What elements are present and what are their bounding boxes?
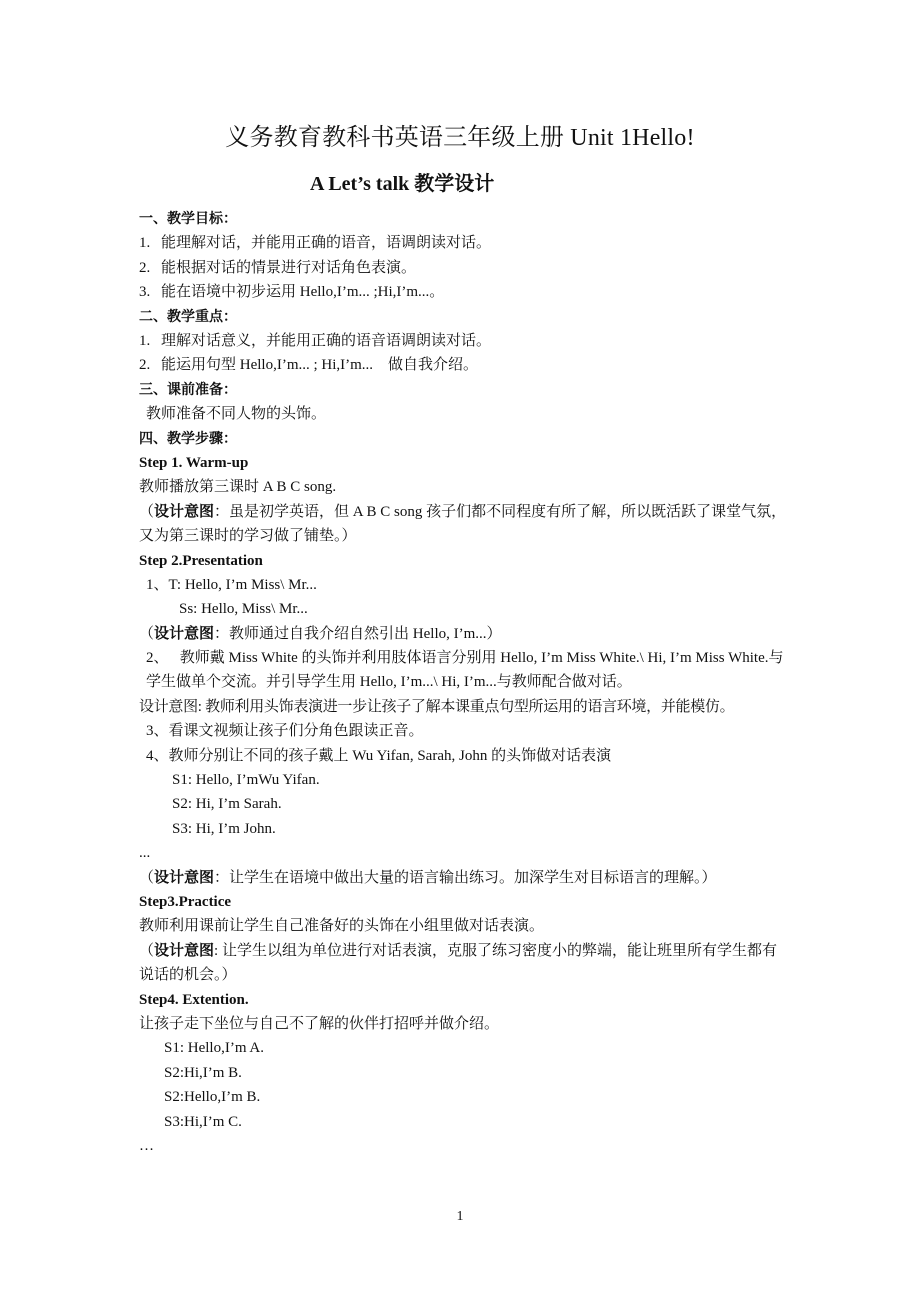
document-title: 义务教育教科书英语三年级上册 Unit 1Hello!	[0, 122, 920, 154]
step3-title: Step3.Practice	[139, 890, 789, 914]
step4-title: Step4. Extention.	[139, 988, 789, 1012]
objective-item-3: 3.能在语境中初步运用 Hello,I’m... ;Hi,I’m...。	[139, 280, 789, 304]
step2-design-intent-1: （设计意图：教师通过自我介绍自然引出 Hello, I’m...）	[139, 622, 789, 646]
document-body: 一、教学目标： 1.能理解对话，并能用正确的语音，语调朗读对话。 2.能根据对话…	[139, 207, 789, 1158]
document-page: 义务教育教科书英语三年级上册 Unit 1Hello! A Let’s talk…	[0, 0, 920, 1302]
step2-title: Step 2.Presentation	[139, 549, 789, 573]
step1-design-intent: （设计意图：虽是初学英语，但 A B C song 孩子们都不同程度有所了解，所…	[139, 500, 789, 549]
step2-item4: 4、教师分别让不同的孩子戴上 Wu Yifan, Sarah, John 的头饰…	[139, 744, 789, 768]
dialogue-line: S2:Hi,I’m B.	[139, 1061, 789, 1085]
key-point-item-1: 1.理解对话意义，并能用正确的语音语调朗读对话。	[139, 329, 789, 353]
section-heading-preparation: 三、课前准备：	[139, 378, 789, 402]
document-subtitle: A Let’s talk 教学设计	[310, 170, 494, 198]
step2-item1-teacher: 1、T: Hello, I’m Miss\ Mr...	[139, 573, 789, 597]
objective-item-1: 1.能理解对话，并能用正确的语音，语调朗读对话。	[139, 231, 789, 255]
step1-text: 教师播放第三课时 A B C song.	[139, 475, 789, 499]
step1-title: Step 1. Warm-up	[139, 451, 789, 475]
ellipsis: ...	[139, 841, 789, 865]
section-heading-steps: 四、教学步骤：	[139, 427, 789, 451]
dialogue-line: S1: Hello, I’mWu Yifan.	[139, 768, 789, 792]
dialogue-line: S3: Hi, I’m John.	[139, 817, 789, 841]
dialogue-line: S1: Hello,I’m A.	[139, 1036, 789, 1060]
ellipsis: …	[139, 1134, 789, 1158]
dialogue-line: S2:Hello,I’m B.	[139, 1085, 789, 1109]
page-number: 1	[0, 1209, 920, 1225]
preparation-text: 教师准备不同人物的头饰。	[139, 402, 789, 426]
step2-item3: 3、看课文视频让孩子们分角色跟读正音。	[139, 719, 789, 743]
dialogue-line: S3:Hi,I’m C.	[139, 1110, 789, 1134]
step2-design-intent-2: 设计意图: 教师利用头饰表演进一步让孩子了解本课重点句型所运用的语言环境，并能模…	[139, 695, 789, 719]
design-intent-label: 设计意图	[154, 943, 214, 959]
step2-design-intent-3: （设计意图：让学生在语境中做出大量的语言输出练习。加深学生对目标语言的理解。）	[139, 866, 789, 890]
objective-item-2: 2.能根据对话的情景进行对话角色表演。	[139, 256, 789, 280]
key-point-item-2: 2.能运用句型 Hello,I’m... ; Hi,I’m... 做自我介绍。	[139, 353, 789, 377]
step2-item1-students: Ss: Hello, Miss\ Mr...	[139, 597, 789, 621]
step3-design-intent: （设计意图: 让学生以组为单位进行对话表演，克服了练习密度小的弊端，能让班里所有…	[139, 939, 789, 988]
section-heading-objectives: 一、教学目标：	[139, 207, 789, 231]
step2-item2: 2、 教师戴 Miss White 的头饰并利用肢体语言分别用 Hello, I…	[139, 646, 789, 695]
step3-text: 教师利用课前让学生自己准备好的头饰在小组里做对话表演。	[139, 914, 789, 938]
design-intent-label: 设计意图	[154, 626, 214, 642]
design-intent-label: 设计意图	[154, 870, 214, 886]
step4-text: 让孩子走下坐位与自己不了解的伙伴打招呼并做介绍。	[139, 1012, 789, 1036]
dialogue-line: S2: Hi, I’m Sarah.	[139, 792, 789, 816]
design-intent-label: 设计意图	[154, 504, 214, 520]
section-heading-key-points: 二、教学重点：	[139, 305, 789, 329]
